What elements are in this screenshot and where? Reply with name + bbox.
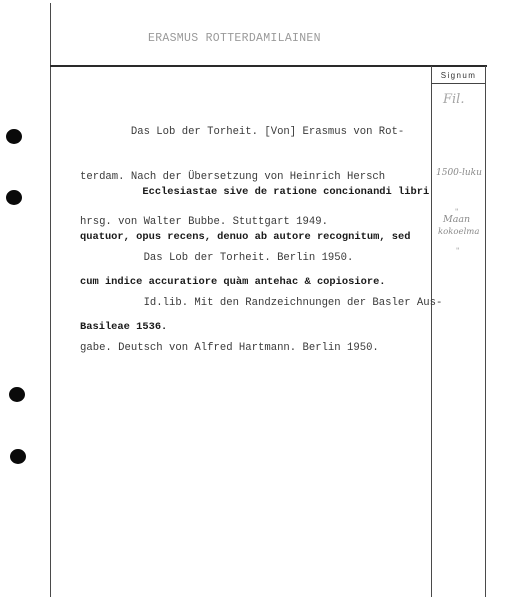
punch-hole bbox=[9, 387, 25, 402]
signum-note: Fil. bbox=[443, 92, 464, 107]
signum-note: Maan bbox=[443, 214, 470, 225]
catalog-card: ERASMUS ROTTERDAMILAINEN Signum Das Lob … bbox=[0, 0, 510, 600]
signum-note-ditto: " bbox=[456, 247, 459, 255]
catalog-entry: Das Lob der Torheit. Berlin 1950. Id.lib… bbox=[80, 221, 432, 386]
entry-line: gabe. Deutsch von Alfred Hartmann. Berli… bbox=[80, 341, 432, 356]
signum-column-right-rule bbox=[485, 66, 486, 597]
entry-line: Ecclesiastae sive de ratione concionandi… bbox=[80, 185, 440, 200]
signum-note: 1500-luku bbox=[436, 168, 482, 178]
left-margin-rule bbox=[50, 3, 51, 597]
signum-column-header: Signum bbox=[432, 69, 485, 82]
entry-line: Das Lob der Torheit. [Von] Erasmus von R… bbox=[80, 125, 432, 140]
punch-hole bbox=[10, 449, 26, 464]
signum-note: kokoelma bbox=[438, 227, 479, 237]
punch-hole bbox=[6, 190, 22, 205]
entry-line: Id.lib. Mit den Randzeichnungen der Basl… bbox=[80, 296, 432, 311]
signum-header-rule bbox=[431, 83, 485, 84]
header-rule bbox=[50, 65, 487, 67]
entry-line: Das Lob der Torheit. Berlin 1950. bbox=[80, 251, 432, 266]
punch-hole bbox=[6, 129, 22, 144]
card-heading: ERASMUS ROTTERDAMILAINEN bbox=[148, 32, 321, 45]
